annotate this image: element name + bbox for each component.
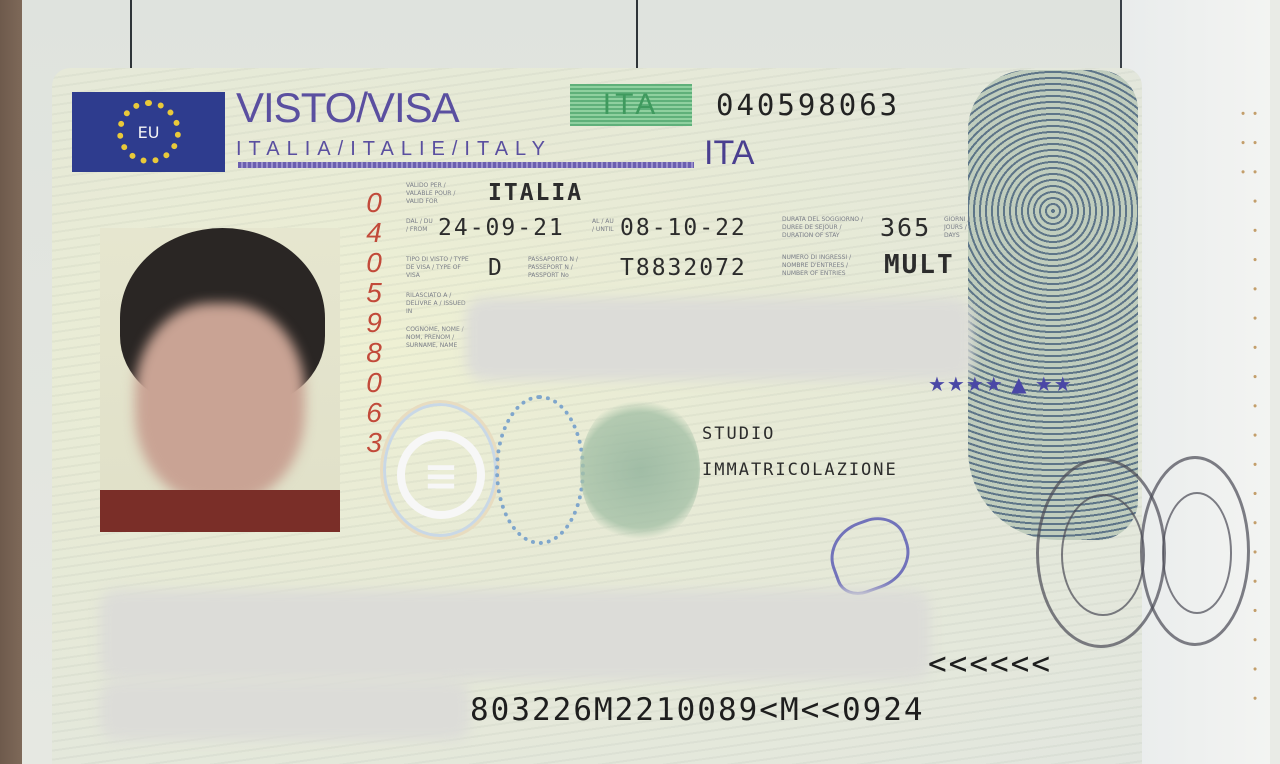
visa-title: VISTO/VISA bbox=[236, 84, 459, 132]
value-valid-for: ITALIA bbox=[488, 180, 583, 206]
value-from: 24-09-21 bbox=[438, 215, 565, 241]
label-entries: NUMERO DI INGRESSI / NOMBRE D'ENTREES / … bbox=[782, 254, 872, 278]
value-duration: 365 bbox=[880, 213, 931, 242]
value-passport-no: T8832072 bbox=[620, 255, 747, 281]
label-type-of-visa: TIPO DI VISTO / TYPE DE VISA / TYPE OF V… bbox=[406, 256, 470, 280]
label-until: AL / AU / UNTIL bbox=[592, 218, 614, 234]
page-rule bbox=[636, 0, 638, 68]
vertical-digit: 5 bbox=[362, 278, 386, 308]
label-from: DAL / DU / FROM bbox=[406, 218, 436, 234]
vertical-digit: 0 bbox=[362, 188, 386, 218]
name-redaction bbox=[466, 298, 972, 380]
vertical-digit: 0 bbox=[362, 368, 386, 398]
mrz-line-1: <<<<<< bbox=[928, 646, 1052, 682]
value-type-of-visa: D bbox=[488, 255, 504, 281]
vertical-digit: 8 bbox=[362, 338, 386, 368]
visa-subtitle: ITALIA/ITALIE/ITALY bbox=[236, 138, 552, 161]
country-code: ITA bbox=[704, 134, 754, 173]
hologram-logo-icon: ≡ bbox=[397, 431, 485, 519]
holder-photo-redacted bbox=[100, 228, 340, 532]
page-rule bbox=[130, 0, 132, 68]
eu-label: EU bbox=[138, 123, 160, 142]
remarks-line-1: STUDIO bbox=[702, 424, 775, 444]
lion-emblem-icon: ★★★★ ▲ ★★ bbox=[928, 372, 1073, 396]
label-passport-no: PASSAPORTO N / PASSEPORT N / PASSPORT No bbox=[528, 256, 584, 280]
mrz-line-2: 803226M2210089<M<<0924 bbox=[470, 692, 925, 728]
vertical-digit: 9 bbox=[362, 308, 386, 338]
eu-stars: EU bbox=[117, 100, 181, 164]
label-duration: DURATA DEL SOGGIORNO / DUREE DE SEJOUR /… bbox=[782, 216, 872, 240]
microprint-line bbox=[238, 162, 694, 168]
blurred-face bbox=[135, 303, 305, 503]
eu-flag-icon: EU bbox=[72, 92, 225, 172]
perforation: • • • • • • • • • • • • • • • • • • • • … bbox=[1150, 110, 1260, 710]
label-name: COGNOME, NOME / NOM, PRENOM / SURNAME, N… bbox=[406, 326, 470, 350]
ita-security-badge: ITA bbox=[570, 84, 692, 126]
mrz-redaction bbox=[100, 680, 470, 740]
label-valid-for: VALIDO PER / VALABLE POUR / VALID FOR bbox=[406, 182, 470, 206]
value-entries: MULT bbox=[884, 250, 955, 280]
vertical-digit: 6 bbox=[362, 398, 386, 428]
hologram: ≡ bbox=[380, 400, 500, 540]
label-duration-unit: GIORNI / JOURS / DAYS bbox=[944, 216, 974, 240]
sticker-number: 040598063 bbox=[716, 88, 900, 122]
green-seal bbox=[580, 395, 700, 545]
remarks-line-2: IMMATRICOLAZIONE bbox=[702, 460, 898, 480]
vertical-digit: 4 bbox=[362, 218, 386, 248]
globe-security-print bbox=[495, 395, 585, 545]
label-issued-in: RILASCIATO A / DELIVRE A / ISSUED IN bbox=[406, 292, 470, 316]
vertical-digit: 0 bbox=[362, 248, 386, 278]
vertical-sticker-number: 040598063 bbox=[362, 188, 386, 458]
mrz-redaction bbox=[100, 590, 930, 680]
value-until: 08-10-22 bbox=[620, 215, 747, 241]
